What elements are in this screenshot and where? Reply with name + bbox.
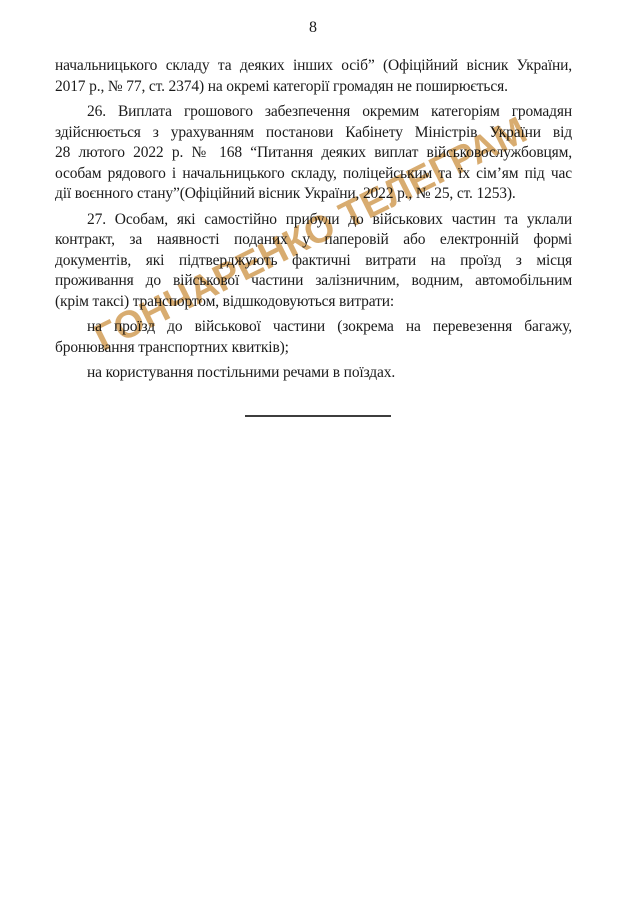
page-number: 8 — [0, 19, 626, 37]
text-line: дії воєнного стану”(Офіційний вісник Укр… — [55, 184, 572, 205]
text-line: 27. Особам, які самостійно прибули до ві… — [55, 210, 572, 231]
paragraph-27: 27. Особам, які самостійно прибули до ві… — [55, 210, 572, 313]
text-line: бронювання транспортних квитків); — [55, 338, 572, 359]
text-line: 26. Виплата грошового забезпечення окрем… — [55, 102, 572, 123]
paragraph-continuation: начальницького складу та деяких інших ос… — [55, 56, 572, 97]
text-line: проживання до військової частини залізни… — [55, 271, 572, 292]
text-line: на користування постільними речами в пої… — [55, 363, 572, 384]
text-line: на проїзд до військової частини (зокрема… — [55, 317, 572, 338]
clause-travel-costs: на проїзд до військової частини (зокрема… — [55, 317, 572, 358]
text-line: здійснюється з урахуванням постанови Каб… — [55, 123, 572, 144]
text-line: (крім таксі) транспортом, відшкодовуютьс… — [55, 292, 572, 313]
clause-bedding: на користування постільними речами в пої… — [55, 363, 572, 384]
text-line: 2017 р., № 77, ст. 2374) на окремі катег… — [55, 77, 572, 98]
text-line: 28 лютого 2022 р. № 168 “Питання деяких … — [55, 143, 572, 164]
end-of-document-rule — [245, 415, 391, 417]
text-line: начальницького складу та деяких інших ос… — [55, 56, 572, 77]
text-line: документів, які підтверджують фактичні в… — [55, 251, 572, 272]
text-line: контракт, за наявності поданих у паперов… — [55, 230, 572, 251]
text-line: особам рядового і начальницького складу,… — [55, 164, 572, 185]
paragraph-26: 26. Виплата грошового забезпечення окрем… — [55, 102, 572, 205]
document-page: 8 начальницького складу та деяких інших … — [0, 0, 626, 900]
document-body: начальницького складу та деяких інших ос… — [55, 56, 572, 417]
